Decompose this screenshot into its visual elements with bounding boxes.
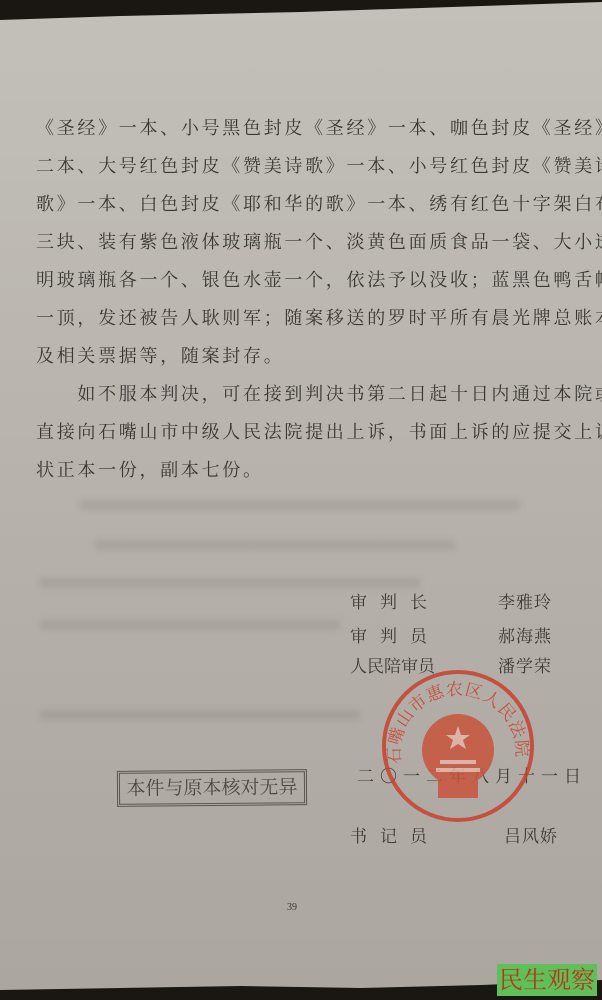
bleed-through-text	[40, 578, 420, 588]
appeal-line: 状正本一份，副本七份。	[36, 460, 264, 482]
signature-role-judge: 审判员	[350, 626, 440, 648]
body-line: 及相关票据等，随案封存。	[36, 346, 284, 368]
signature-name-judge: 郝海燕	[498, 626, 552, 648]
body-line: 一顶，发还被告人耿则军；随案移送的罗时平所有晨光牌总账本	[36, 308, 602, 330]
body-line: 二本、大号红色封皮《赞美诗歌》一本、小号红色封皮《赞美诗	[36, 156, 602, 178]
signature-role-chief-judge: 审判长	[350, 592, 440, 614]
body-line: 《圣经》一本、小号黑色封皮《圣经》一本、咖色封皮《圣经》	[36, 118, 602, 140]
clerk-name: 吕风娇	[504, 826, 558, 848]
bleed-through-text	[40, 710, 360, 720]
page-number: 39	[287, 902, 297, 913]
bleed-through-text	[40, 620, 340, 630]
bleed-through-text	[95, 540, 455, 550]
appeal-line: 直接向石嘴山市中级人民法院提出上诉，书面上诉的应提交上诉	[36, 422, 602, 444]
document-page: 《圣经》一本、小号黑色封皮《圣经》一本、咖色封皮《圣经》 二本、大号红色封皮《赞…	[0, 0, 602, 1000]
appeal-line: 如不服本判决，可在接到判决书第二日起十日内通过本院或	[36, 384, 602, 406]
body-line: 明玻璃瓶各一个、银色水壶一个，依法予以没收；蓝黑色鸭舌帽	[36, 270, 602, 292]
court-seal: 石嘴山市惠农区人民法院	[380, 668, 536, 824]
court-seal-emblem-icon: 石嘴山市惠农区人民法院	[380, 668, 536, 824]
body-line: 歌》一本、白色封皮《耶和华的歌》一本、绣有红色十字架白布	[36, 194, 602, 216]
body-line: 三块、装有紫色液体玻璃瓶一个、淡黄色面质食品一袋、大小透	[36, 232, 602, 254]
watermark-label: 民生观察	[497, 964, 597, 996]
clerk-role: 书记员	[350, 826, 440, 848]
bleed-through-text	[80, 500, 520, 510]
certification-stamp: 本件与原本核对无异	[117, 769, 307, 807]
signature-name-chief-judge: 李雅玲	[498, 592, 552, 614]
